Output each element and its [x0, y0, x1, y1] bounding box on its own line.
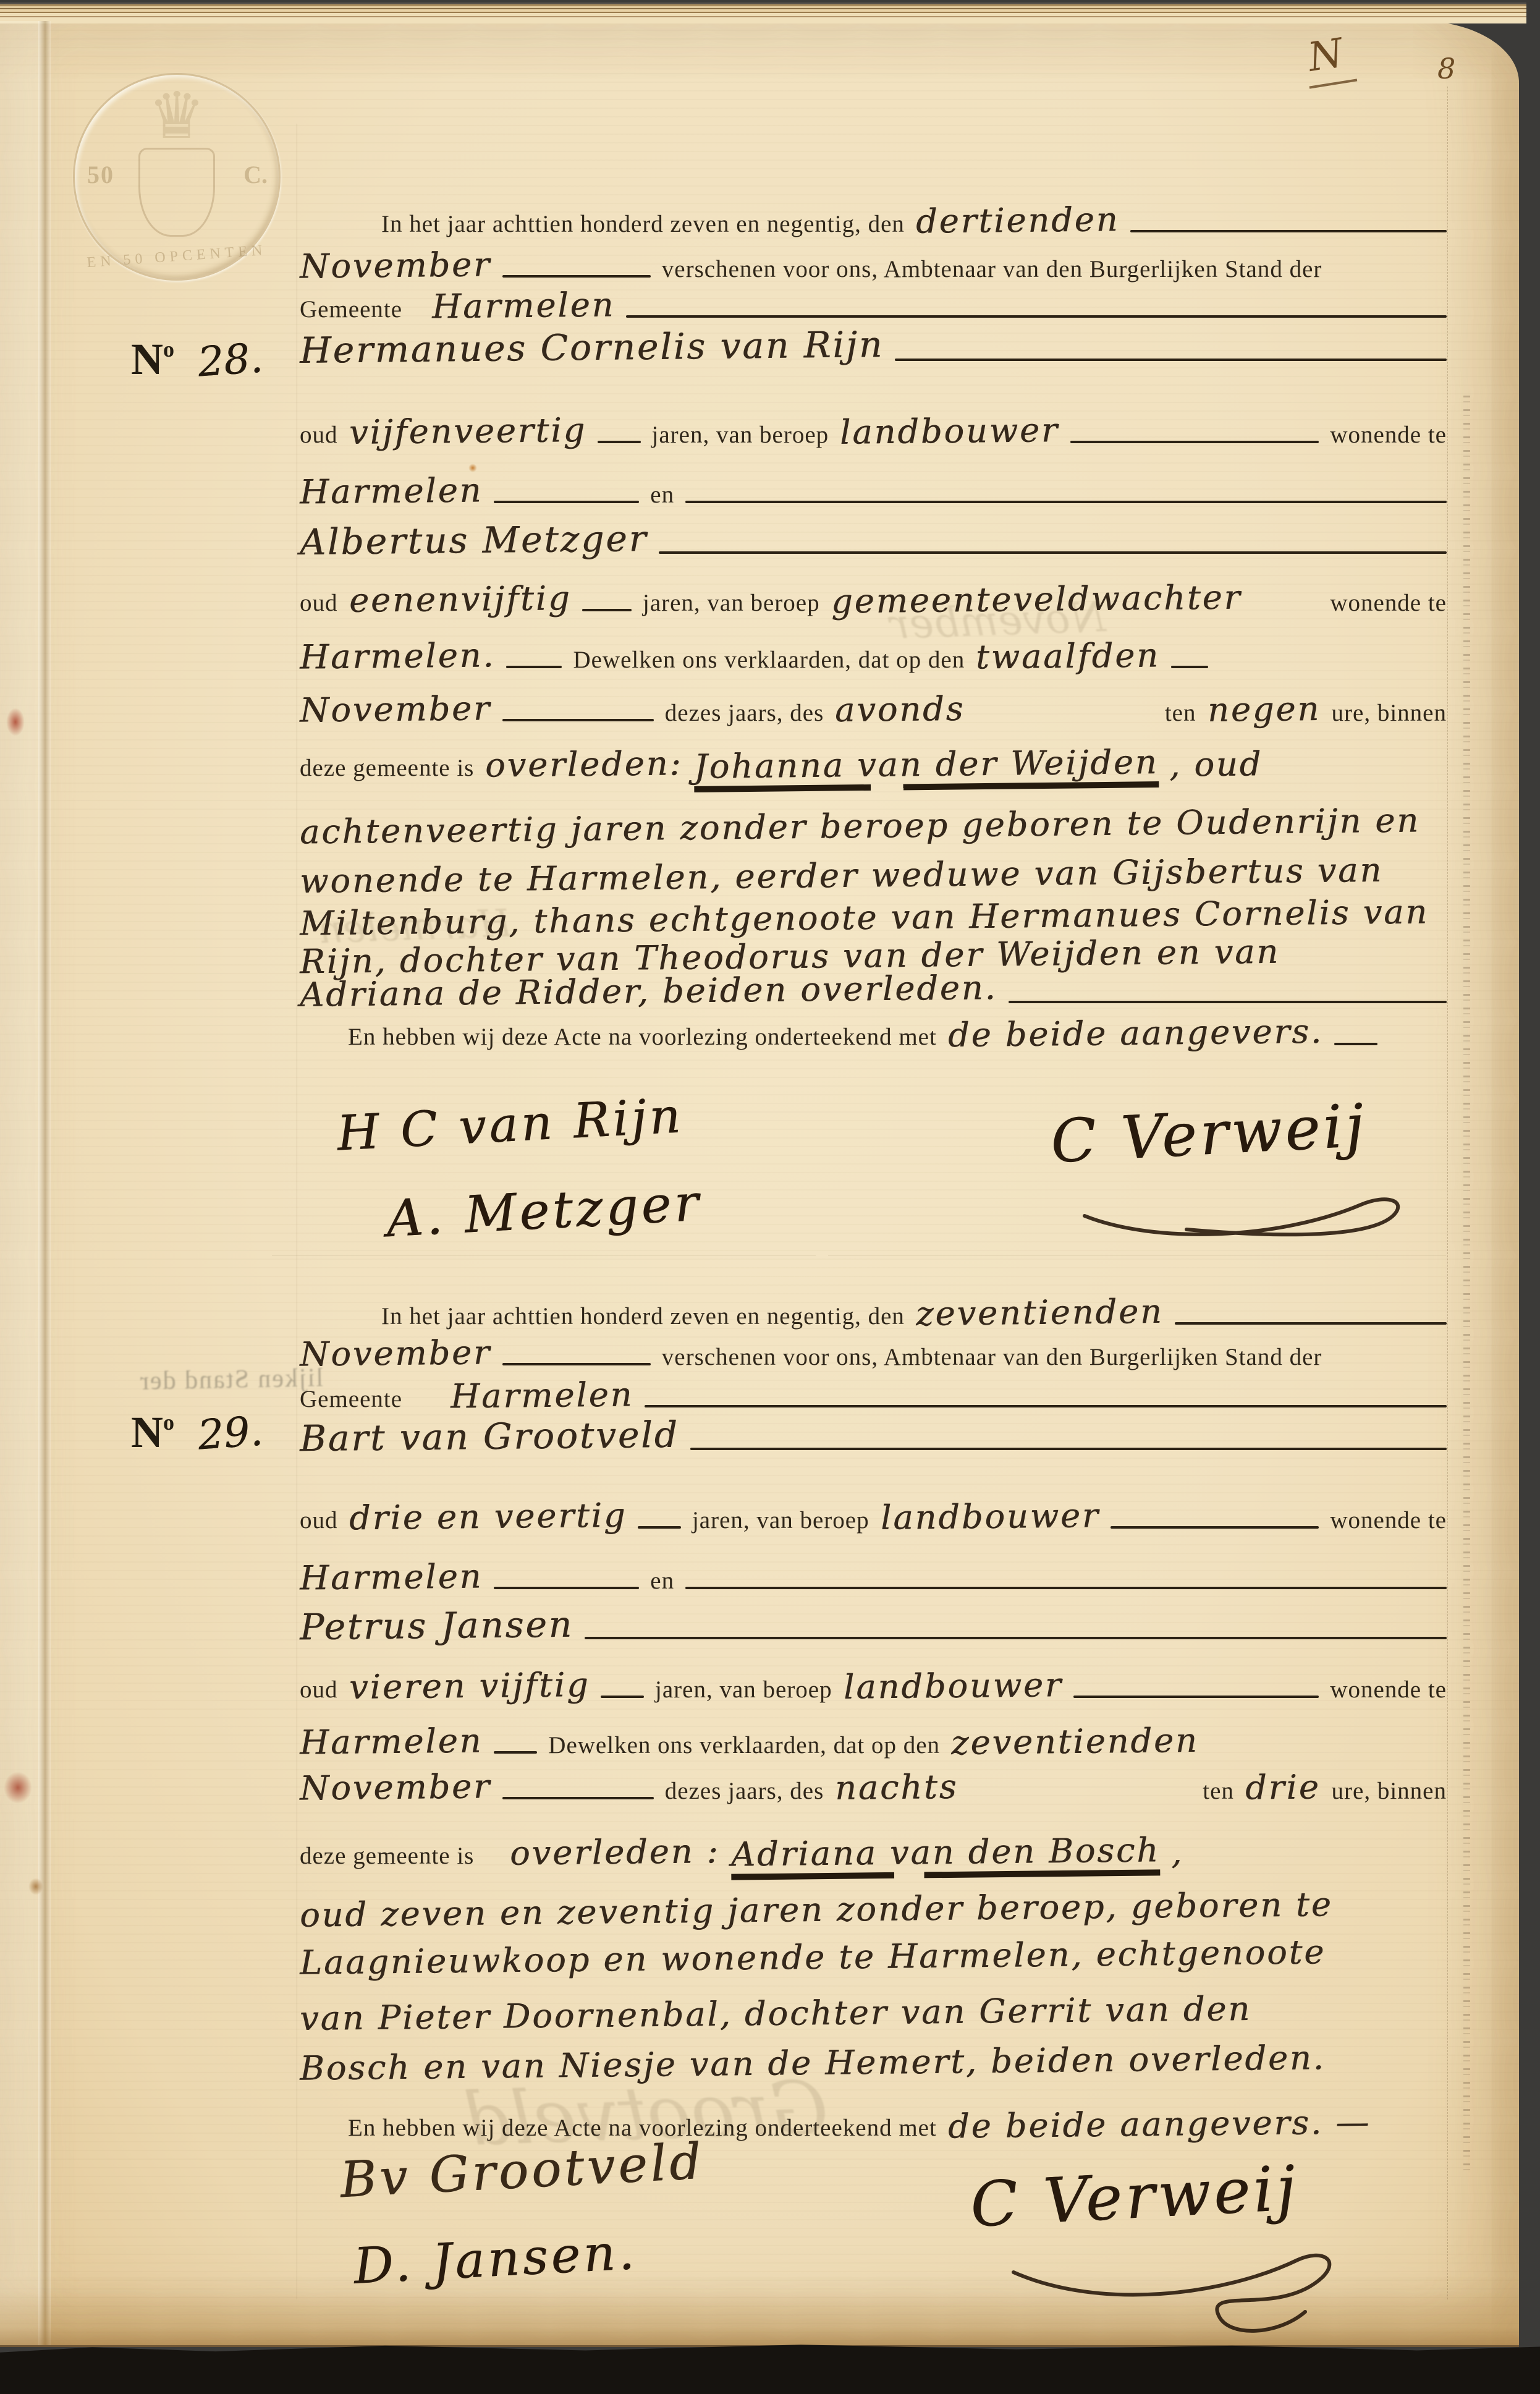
form-line: Albertus Metzger: [300, 519, 1447, 561]
fill-line: [1070, 441, 1319, 443]
signature-flourish: [1075, 1178, 1421, 1252]
fill-line: [645, 1405, 1447, 1407]
page-stack-edges: [0, 2, 1526, 23]
form-line: Adriana de Ridder, beiden overleden.: [300, 972, 1447, 1011]
printed-text: ure, binnen: [1332, 699, 1447, 727]
form-line: November verschenen voor ons, Ambtenaar …: [300, 246, 1447, 285]
handwritten-text: vieren vijftig: [349, 1665, 590, 1707]
scan-background-bottom: [0, 2342, 1540, 2394]
crown-icon: ♛: [148, 83, 205, 148]
handwritten-text: November: [300, 689, 491, 729]
printed-text: en: [650, 1567, 674, 1595]
handwritten-text: Petrus Jansen: [300, 1603, 574, 1649]
handwritten-text: eenenvijftig: [349, 579, 571, 620]
act-number-label: N: [131, 1407, 163, 1457]
handwritten-text: , oud: [1169, 744, 1263, 784]
printed-text: Dewelken ons verklaarden, dat op den: [573, 646, 965, 674]
handwritten-text: Bart van Grootveld: [300, 1414, 679, 1459]
printed-text: jaren, van beroep: [692, 1506, 869, 1534]
facing-page-edge-text: [1463, 396, 1470, 2176]
page-number: 8: [1437, 52, 1455, 85]
printed-text: In het jaar achttien honderd zeven en ne…: [381, 1302, 905, 1330]
fill-line: [502, 719, 654, 721]
handwritten-text: overleden:: [485, 744, 683, 784]
handwritten-text: dertienden: [916, 200, 1120, 240]
fill-line: [1175, 1322, 1447, 1325]
printed-text: verschenen voor ons, Ambtenaar van den B…: [662, 255, 1322, 283]
fill-line: [502, 1797, 654, 1799]
handwritten-text: Harmelen: [300, 1721, 483, 1762]
form-line: November verschenen voor ons, Ambtenaar …: [300, 1334, 1447, 1373]
form-line: Bart van Grootveld: [300, 1416, 1447, 1458]
printed-text: dezes jaars, des: [665, 1777, 824, 1805]
handwritten-text: oud zeven en zeventig jaren zonder beroe…: [300, 1885, 1333, 1935]
handwritten-text: van Pieter Doornenbal, dochter van Gerri…: [300, 1989, 1252, 2038]
fill-line: [1171, 666, 1208, 668]
handwritten-text: drie: [1245, 1767, 1321, 1807]
fill-line: [1111, 1526, 1319, 1529]
handwritten-text: ,: [1171, 1833, 1184, 1872]
printed-text: oud: [300, 1506, 338, 1534]
fill-line: [1009, 1001, 1447, 1003]
form-line: En hebben wij deze Acte na voorlezing on…: [300, 2105, 1447, 2144]
handwritten-text: Harmelen: [300, 470, 483, 511]
printed-text: wonende te: [1330, 421, 1447, 449]
fill-line: [690, 1448, 1447, 1450]
handwritten-text: vijfenveertig: [349, 410, 586, 452]
printed-text: Gemeente: [300, 1385, 402, 1413]
handwritten-text: twaalfden: [976, 635, 1161, 676]
form-line: Gemeente Harmelen: [300, 1376, 1447, 1415]
handwritten-text: Adriana de Ridder, beiden overleden.: [300, 968, 997, 1014]
form-line: oud vijfenveertig jaren, van beroep land…: [300, 412, 1447, 451]
form-line: November dezes jaars, des avonds ten neg…: [300, 690, 1447, 729]
printed-text: deze gemeente is: [300, 754, 474, 782]
deceased-name: Adriana van den Bosch: [731, 1830, 1161, 1880]
handwritten-text: overleden :: [510, 1832, 720, 1873]
handwritten-text: landbouwer: [843, 1665, 1062, 1707]
printed-text: en: [650, 481, 674, 509]
left-margin-light: [0, 21, 38, 2345]
fill-line: [626, 315, 1447, 318]
form-line: Harmelen. Dewelken ons verklaarden, dat …: [300, 637, 1447, 676]
form-line: oud eenenvijftig jaren, van beroep gemee…: [300, 580, 1447, 619]
handwritten-text: Harmelen: [300, 1556, 483, 1597]
handwritten-text: landbouwer: [880, 1496, 1099, 1537]
printed-text: oud: [300, 1676, 338, 1704]
fill-line: [582, 609, 632, 611]
deceased-name: Johanna van der Weijden: [694, 742, 1159, 792]
stain: [28, 1878, 43, 1895]
printed-text: verschenen voor ons, Ambtenaar van den B…: [662, 1343, 1322, 1371]
form-line: In het jaar achttien honderd zeven en ne…: [300, 201, 1447, 240]
fill-line: [659, 551, 1447, 554]
act-number-label: N: [131, 334, 163, 384]
form-line: deze gemeente is overleden: Johanna van …: [300, 745, 1447, 790]
form-line: Laagnieuwkoop en wonende te Harmelen, ec…: [300, 1938, 1447, 1977]
act-number: No 29.: [131, 1407, 263, 1458]
fill-line: [494, 1587, 639, 1589]
margin-paraph: N: [1301, 28, 1357, 88]
fill-line: [1073, 1696, 1319, 1698]
printed-text: wonende te: [1330, 1676, 1447, 1704]
form-line: Harmelen en: [300, 1558, 1447, 1597]
form-line: oud drie en veertig jaren, van beroep la…: [300, 1497, 1447, 1536]
form-line: Hermanues Cornelis van Rijn: [300, 326, 1447, 368]
fill-line: [685, 1587, 1447, 1589]
form-line: oud zeven en zeventig jaren zonder beroe…: [300, 1890, 1447, 1929]
fill-line: [585, 1637, 1447, 1639]
handwritten-text: Harmelen: [432, 285, 616, 326]
handwritten-text: Harmelen.: [300, 635, 496, 676]
seal-value-left: 50: [87, 160, 114, 189]
form-line: wonende te Harmelen, eerder weduwe van G…: [300, 856, 1447, 895]
handwritten-text: November: [300, 1767, 491, 1807]
form-line: November dezes jaars, des nachts ten dri…: [300, 1768, 1447, 1807]
handwritten-text: gemeenteveldwachter: [831, 578, 1242, 621]
handwritten-text: de beide aangevers. —: [948, 2102, 1371, 2146]
handwritten-text: November: [300, 1333, 491, 1373]
printed-text: dezes jaars, des: [665, 699, 824, 727]
act-separator-rule: [828, 1255, 1446, 1255]
form-line: Miltenburg, thans echtgenoote van Herman…: [300, 898, 1447, 937]
handwritten-text: Bosch en van Niesje van de Hemert, beide…: [300, 2038, 1326, 2087]
handwritten-text: landbouwer: [840, 410, 1059, 452]
fold-crease: [38, 21, 51, 2345]
form-line: van Pieter Doornenbal, dochter van Gerri…: [300, 1994, 1447, 2033]
embossed-seal: ♛ 50 C. EN 50 OPCENTEN: [73, 73, 281, 281]
fill-line: [601, 1696, 644, 1698]
handwritten-text: zeventienden: [951, 1721, 1199, 1762]
coat-of-arms-shield: [138, 148, 215, 237]
handwritten-text: de beide aangevers.: [947, 1012, 1323, 1055]
printed-text: Gemeente: [300, 295, 402, 323]
printed-text: En hebben wij deze Acte na voorlezing on…: [348, 1023, 937, 1051]
form-line: deze gemeente is overleden : Adriana van…: [300, 1833, 1447, 1878]
printed-text: In het jaar achttien honderd zeven en ne…: [381, 210, 905, 238]
handwritten-text: zeventienden: [916, 1292, 1164, 1333]
form-line: Harmelen en: [300, 472, 1447, 511]
printed-text: ten: [1203, 1777, 1234, 1805]
fill-line: [502, 1363, 651, 1365]
form-line: oud vieren vijftig jaren, van beroep lan…: [300, 1666, 1447, 1705]
fill-line: [494, 1751, 537, 1754]
act-number: No 28.: [131, 334, 263, 385]
fill-line: [1130, 230, 1447, 232]
form-line: Petrus Jansen: [300, 1605, 1447, 1647]
form-line: achtenveertig jaren zonder beroep gebore…: [300, 807, 1447, 846]
handwritten-text: Laagnieuwkoop en wonende te Harmelen, ec…: [300, 1932, 1326, 1982]
form-line: Gemeente Harmelen: [300, 286, 1447, 325]
form-line: Harmelen Dewelken ons verklaarden, dat o…: [300, 1722, 1447, 1761]
scanned-register-page: { "page": { "corner_number": "8", "parap…: [0, 0, 1540, 2394]
fill-line: [598, 441, 641, 443]
printed-text: ten: [1165, 699, 1196, 727]
fill-line: [506, 666, 562, 668]
printed-text: wonende te: [1330, 1506, 1447, 1534]
right-margin-rule: [1447, 87, 1448, 2299]
handwritten-text: drie en veertig: [349, 1496, 627, 1538]
act-number-value: 28.: [196, 334, 264, 386]
printed-text: deze gemeente is: [300, 1842, 474, 1870]
fill-line: [685, 501, 1447, 503]
handwritten-text: November: [300, 245, 491, 286]
left-margin-rule: [297, 124, 297, 2299]
fill-line: [895, 359, 1447, 361]
form-line: In het jaar achttien honderd zeven en ne…: [300, 1293, 1447, 1332]
handwritten-text: nachts: [835, 1767, 958, 1807]
form-line: Bosch en van Niesje van de Hemert, beide…: [300, 2044, 1447, 2082]
fill-line: [638, 1526, 681, 1529]
form-line: En hebben wij deze Acte na voorlezing on…: [300, 1014, 1447, 1053]
handwritten-text: Albertus Metzger: [300, 517, 648, 563]
printed-text: ure, binnen: [1332, 1777, 1447, 1805]
handwritten-text: negen: [1207, 689, 1321, 729]
stain: [6, 708, 25, 736]
printed-text: oud: [300, 589, 338, 617]
printed-text: oud: [300, 421, 338, 449]
printed-text: jaren, van beroep: [643, 589, 820, 617]
handwritten-text: achtenveertig jaren zonder beroep gebore…: [300, 801, 1421, 852]
printed-text: Dewelken ons verklaarden, dat op den: [548, 1731, 940, 1759]
handwritten-text: wonende te Harmelen, eerder weduwe van G…: [300, 851, 1384, 901]
fill-line: [502, 275, 651, 278]
act-number-value: 29.: [196, 1407, 264, 1459]
fill-line: [1334, 1043, 1377, 1045]
stain: [4, 1772, 32, 1804]
handwritten-text: avonds: [835, 689, 965, 729]
printed-text: jaren, van beroep: [652, 421, 829, 449]
act-separator-rule: [272, 1255, 816, 1255]
printed-text: jaren, van beroep: [655, 1676, 832, 1704]
handwritten-text: Hermanues Cornelis van Rijn: [300, 323, 884, 371]
handwritten-text: Harmelen: [451, 1375, 634, 1416]
signature-flourish: [1001, 2243, 1360, 2348]
fill-line: [494, 501, 639, 503]
seal-value-right: C.: [243, 160, 268, 189]
printed-text: wonende te: [1330, 589, 1447, 617]
